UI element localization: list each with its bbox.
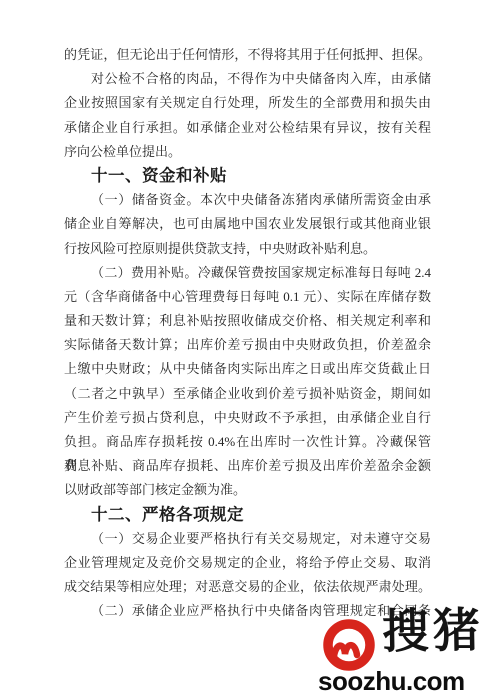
text-line: 利息补贴、商品库存损耗、出库价差亏损及出库价差盈余金额	[64, 454, 431, 478]
soozhu-logo: 搜猪 soozhu.com	[318, 610, 490, 698]
text-line: 序向公检单位提出。	[64, 140, 431, 164]
text-line: 元（含华商储备中心管理费每日每吨 0.1 元）、实际在库储存数	[64, 285, 431, 309]
text-line: 量和天数计算；利息补贴按照收储成交价格、相关规定利率和	[64, 309, 431, 333]
text-line: 承储企业自行承担。如承储企业对公检结果有异议，按有关程	[64, 116, 431, 140]
brand-characters: 搜猪	[381, 599, 484, 665]
text-line: 以财政部等部门核定金额为准。	[64, 478, 431, 502]
text-line: 企业管理规定及竞价交易规定的企业，将给予停止交易、取消	[64, 551, 431, 575]
text-line: （一）储备资金。本次中央储备冻猪肉承储所需资金由承	[64, 188, 431, 212]
text-line: 储企业自筹解决，也可由属地中国农业发展银行或其他商业银	[64, 212, 431, 236]
text-line: 负担。商品库存损耗按 0.4%在出库时一次性计算。冷藏保管费、	[64, 430, 431, 454]
text-line: 的凭证，但无论出于任何情形，不得将其用于任何抵押、担保。	[64, 43, 431, 67]
text-line: 产生价差亏损占贷利息，中央财政不予承担，由承储企业自行	[64, 406, 431, 430]
document-page: 的凭证，但无论出于任何情形，不得将其用于任何抵押、担保。对公检不合格的肉品，不得…	[0, 0, 494, 700]
section-heading: 十一、资金和补贴	[64, 164, 431, 188]
document-text: 的凭证，但无论出于任何情形，不得将其用于任何抵押、担保。对公检不合格的肉品，不得…	[64, 43, 431, 624]
text-line: 行按风险可控原则提供贷款支持，中央财政补贴利息。	[64, 237, 431, 261]
text-line: 对公检不合格的肉品，不得作为中央储备肉入库，由承储	[64, 67, 431, 91]
text-line: （二）费用补贴。冷藏保管费按国家规定标准每日每吨 2.4	[64, 261, 431, 285]
text-line: 上缴中央财政；从中央储备肉实际出库之日或出库交货截止日	[64, 357, 431, 381]
text-line: 实际储备天数计算；出库价差亏损由中央财政负担，价差盈余	[64, 333, 431, 357]
section-heading: 十二、严格各项规定	[64, 503, 431, 527]
text-line: （二者之中孰早）至承储企业收到价差亏损补贴资金，期间如	[64, 382, 431, 406]
text-line: （一）交易企业要严格执行有关交易规定，对未遵守交易	[64, 527, 431, 551]
text-line: 企业按照国家有关规定自行处理，所发生的全部费用和损失由	[64, 91, 431, 115]
text-line: 成交结果等相应处理；对恶意交易的企业，依法依规严肃处理。	[64, 575, 431, 599]
brand-domain: soozhu.com	[318, 666, 465, 696]
